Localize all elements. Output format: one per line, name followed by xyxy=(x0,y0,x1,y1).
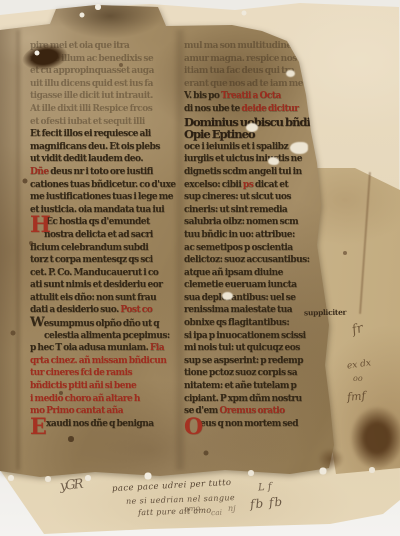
text-segment: xaudi nos dñe q benigna xyxy=(46,419,154,429)
text-segment: O xyxy=(184,416,203,438)
text-line: mo Primo cantat aña xyxy=(30,405,180,418)
text-segment: Oremus oratio xyxy=(219,406,284,416)
text-segment: dati a desiderio suo. xyxy=(30,305,120,315)
text-line: qrta cinez. añ missam bñdicun xyxy=(30,355,180,368)
text-segment: W xyxy=(30,315,44,330)
text-segment: excelso: cibii xyxy=(184,180,243,190)
text-line: V. bis po Treatii a Octa xyxy=(184,90,334,103)
text-line: ficium celebrandum subdi xyxy=(30,242,180,255)
text-segment: dicat et xyxy=(255,180,288,190)
manuscript-photo: pire mei et oia que itranuisse illum ac … xyxy=(0,0,400,536)
text-line: et cu appropinquasset auga xyxy=(30,65,180,78)
text-line: sup se aspserint: p redemp xyxy=(184,355,334,368)
text-segment: V. bis po xyxy=(184,91,221,101)
text-column-left: pire mei et oia que itranuisse illum ac … xyxy=(30,40,180,430)
text-line: pire mei et oia que itra xyxy=(30,40,180,53)
text-line: cationes tuas bñdicetur. co d'uxe xyxy=(30,179,180,192)
text-line: itiam tua fac deus qui tra xyxy=(184,65,334,78)
text-line: ut vidit dedit laudem deo. xyxy=(30,153,180,166)
text-line: di nos ube te deide dicitur xyxy=(184,103,334,116)
text-line: obnixe qs flagitantibus: xyxy=(184,317,334,330)
text-line: salubria oibz: nomen scm xyxy=(184,216,334,229)
text-line: Oeus q non mortem sed xyxy=(184,418,334,431)
text-segment: E xyxy=(30,416,46,438)
text-line: torz t corpa mentesqz qs sci xyxy=(30,254,180,267)
text-line: si ipa p inuocationem scissi xyxy=(184,330,334,343)
text-line: nostra delicta et ad sacri xyxy=(30,229,180,242)
text-line: ac semetipos p oscientia xyxy=(184,242,334,255)
text-line: Opie Eptineo xyxy=(184,128,334,141)
text-line: p hec T oia adusa muniam. Fia xyxy=(30,342,180,355)
text-line: et iusticia. oia mandata tua iui xyxy=(30,204,180,217)
text-line: tur cineres fci de ramis xyxy=(30,367,180,380)
text-line: delictoz: suoz accusantibus: xyxy=(184,254,334,267)
text-segment: eus q non mortem sed xyxy=(200,419,298,429)
text-segment: di nos ube te xyxy=(184,104,241,114)
text-line: ati sunt nimis et desideriu eor xyxy=(30,279,180,292)
text-line: Et fecit illos ei requiesce ali xyxy=(30,128,180,141)
text-line: tuu bñdic in uo: attribue: xyxy=(184,229,334,242)
text-line: HEc hostia qs d'emundet xyxy=(30,216,180,229)
text-line: amur magna. respice nos d xyxy=(184,53,334,66)
text-line: nuisse illum ac benedixis se xyxy=(30,53,180,66)
left-crease-line xyxy=(16,30,20,470)
text-line: cet. P. Co. Manducauerut i co xyxy=(30,267,180,280)
text-segment: p hec T oia adusa muniam. xyxy=(30,343,150,353)
text-line: mi nois tui: ut quicuqz eos xyxy=(184,342,334,355)
text-line: atque añ ipsam diuine xyxy=(184,267,334,280)
text-line: At ille dixit illi Respice frcos xyxy=(30,103,180,116)
text-line: mul ma son multitudine xyxy=(184,40,334,53)
text-line: uit illu dicens quid est ius fa xyxy=(30,78,180,91)
text-line: sup cineres: ut sicut uos xyxy=(184,191,334,204)
text-line: Wesumpmus olpño dño ut q xyxy=(30,317,180,330)
manuscript-leaf: pire mei et oia que itranuisse illum ac … xyxy=(0,0,400,536)
text-line: tigasse ille dicit iut intrauit. xyxy=(30,90,180,103)
text-line: nitatem: et añe tutelam p xyxy=(184,380,334,393)
text-line: me iustificationes tuas i lege me xyxy=(30,191,180,204)
text-segment: deide dicitur xyxy=(241,104,298,114)
text-segment: Fia xyxy=(150,343,164,353)
manuscript-leaf-wrapper: pire mei et oia que itranuisse illum ac … xyxy=(0,0,400,536)
text-segment: esumpmus olpño dño ut q xyxy=(44,319,159,329)
text-line: Exaudi nos dñe q benigna xyxy=(30,418,180,431)
text-segment: Ec hostia qs d'emundet xyxy=(46,217,150,227)
text-line: magnificans deu. Et ois plebs xyxy=(30,141,180,154)
text-line: tione pctoz suoz corpis sa xyxy=(184,367,334,380)
text-line: i medio choro añ altare h xyxy=(30,393,180,406)
text-segment: Treatii a Octa xyxy=(221,91,281,101)
text-line: celestia alimenta pcepimus: xyxy=(30,330,180,343)
text-line: oce i ieiuniis et i spalibz xyxy=(184,141,334,154)
text-line: dati a desiderio suo. Post co xyxy=(30,304,180,317)
text-column-right: mul ma son multitudineamur magna. respic… xyxy=(184,40,334,430)
text-segment: ps xyxy=(243,180,255,190)
text-line: dignetis scdm angeli tui in xyxy=(184,166,334,179)
text-line: sua deplorantibus: uel se xyxy=(184,292,334,305)
text-line: iurgiis et uictus iniustis ne xyxy=(184,153,334,166)
text-segment: Dñe xyxy=(30,167,50,177)
text-line: erant que nos ad te iam meu xyxy=(184,78,334,91)
text-line: et ofesti iubat et sequit illi xyxy=(30,116,180,129)
text-line: bñdictis ptiti añi si bene xyxy=(30,380,180,393)
text-line: renissima maiestate tua xyxy=(184,304,334,317)
text-line: attulit eis dño: non sunt frau xyxy=(30,292,180,305)
text-line: cineris: ut sint remedia xyxy=(184,204,334,217)
text-segment: Post co xyxy=(120,305,152,315)
text-line: cipiant. P xpm dñm nostru xyxy=(184,393,334,406)
text-line: Dñe deus nr i toto ore iustifi xyxy=(30,166,180,179)
text-line: se d'em Oremus oratio xyxy=(184,405,334,418)
text-line: excelso: cibii ps dicat et xyxy=(184,179,334,192)
text-line: clemetie eueruam iuncta xyxy=(184,279,334,292)
text-segment: deus nr i toto ore iustifi xyxy=(50,167,153,177)
